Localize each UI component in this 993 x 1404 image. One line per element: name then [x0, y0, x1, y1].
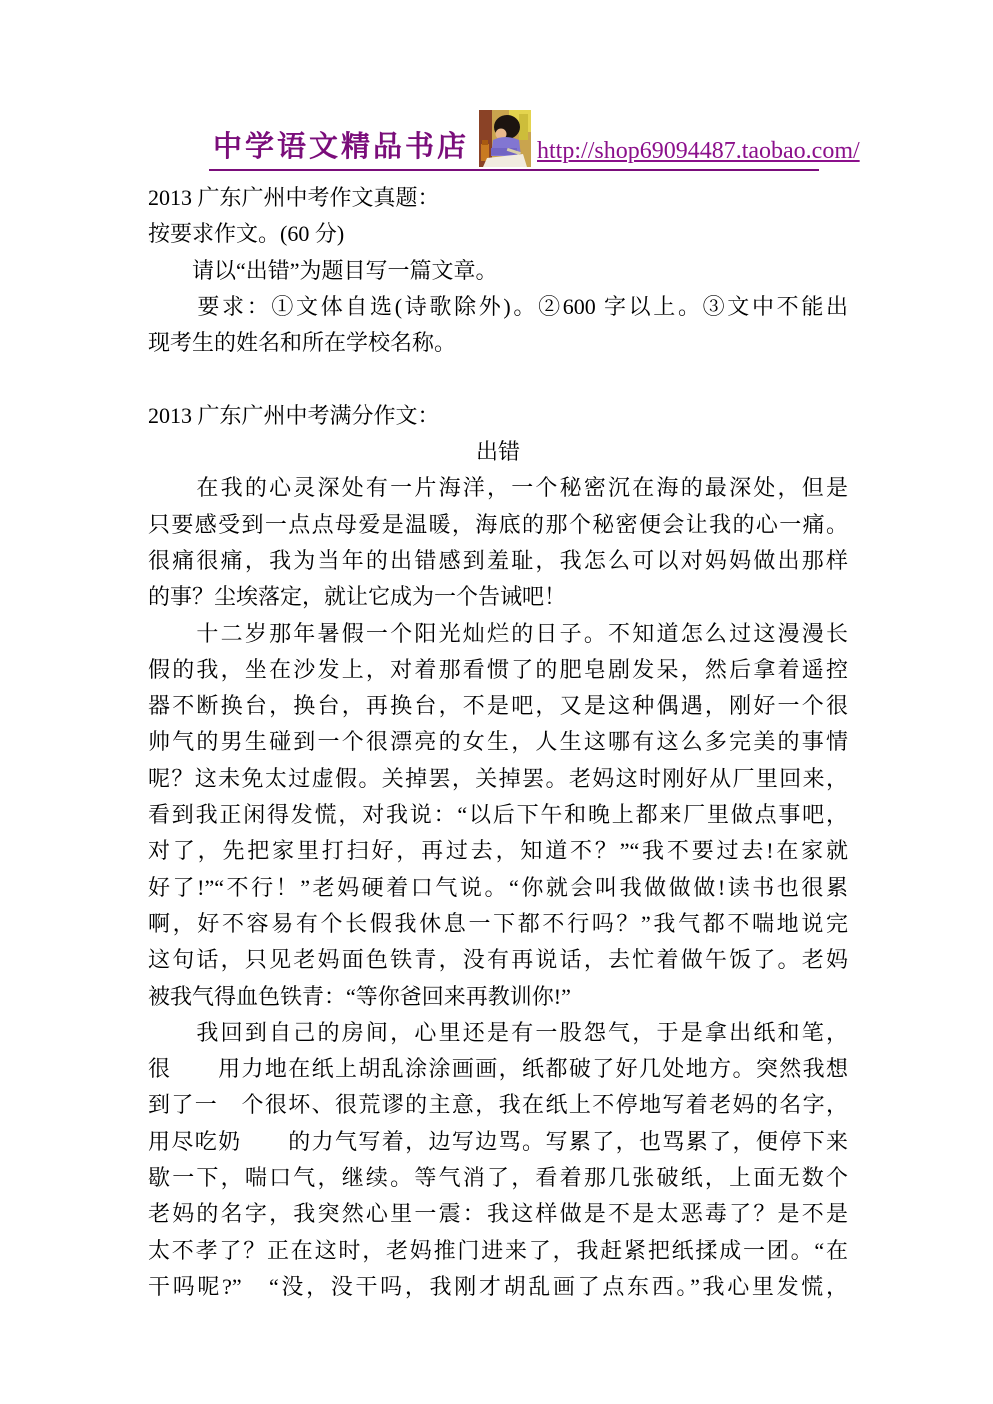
doc-line: 现考生的姓名和所在学校名称。 — [148, 325, 848, 361]
document-page: 中学语文精品书店 http://shop69094487.taobao.com/… — [0, 0, 993, 1404]
doc-line: 被我气得血色铁青：“等你爸回来再教训你!” — [148, 979, 848, 1015]
doc-line: 对了，先把家里打扫好，再过去，知道不？”“我不要过去!在家就 — [148, 833, 848, 869]
essay-title: 出错 — [148, 434, 848, 470]
doc-line: 太不孝了？正在这时，老妈推门进来了，我赶紧把纸揉成一团。“在 — [148, 1233, 848, 1269]
essay-document-body: 2013 广东广州中考作文真题： 按要求作文。(60 分) 请以“出错”为题目写… — [148, 180, 848, 1305]
doc-line: 歇一下，喘口气，继续。等气消了，看着那几张破纸，上面无数个 — [148, 1160, 848, 1196]
doc-line: 很痛很痛，我为当年的出错感到羞耻，我怎么可以对妈妈做出那样 — [148, 543, 848, 579]
doc-line: 按要求作文。(60 分) — [148, 216, 848, 252]
doc-line: 我回到自己的房间，心里还是有一股怨气，于是拿出纸和笔， — [148, 1015, 848, 1051]
shop-header: 中学语文精品书店 http://shop69094487.taobao.com/ — [209, 110, 819, 171]
doc-line: 十二岁那年暑假一个阳光灿烂的日子。不知道怎么过这漫漫长 — [148, 616, 848, 652]
doc-line: 帅气的男生碰到一个很漂亮的女生，人生这哪有这么多完美的事情 — [148, 724, 848, 760]
shop-url-link[interactable]: http://shop69094487.taobao.com/ — [537, 138, 860, 167]
doc-line: 干吗呢?” “没，没干吗，我刚才胡乱画了点东西。”我心里发慌， — [148, 1269, 848, 1305]
question-heading: 2013 广东广州中考作文真题： — [148, 180, 848, 216]
shop-name: 中学语文精品书店 — [209, 131, 473, 167]
doc-line: 看到我正闲得发慌，对我说：“以后下午和晚上都来厂里做点事吧， — [148, 797, 848, 833]
doc-line: 这句话，只见老妈面色铁青，没有再说话，去忙着做午饭了。老妈 — [148, 942, 848, 978]
blank-line — [148, 361, 848, 397]
doc-line: 到了一 个很坏、很荒谬的主意，我在纸上不停地写着老妈的名字， — [148, 1087, 848, 1123]
essay-heading: 2013 广东广州中考满分作文： — [148, 398, 848, 434]
doc-line: 器不断换台，换台，再换台，不是吧，又是这种偶遇，刚好一个很 — [148, 688, 848, 724]
doc-line: 要求：①文体自选(诗歌除外)。②600 字以上。③文中不能出 — [148, 289, 848, 325]
doc-line: 只要感受到一点点母爱是温暖，海底的那个秘密便会让我的心一痛。 — [148, 507, 848, 543]
doc-line: 很 用力地在纸上胡乱涂涂画画，纸都破了好几处地方。突然我想 — [148, 1051, 848, 1087]
doc-line: 老妈的名字，我突然心里一震：我这样做是不是太恶毒了？是不是 — [148, 1196, 848, 1232]
doc-line: 请以“出错”为题目写一篇文章。 — [148, 253, 848, 289]
doc-line: 啊，好不容易有个长假我休息一下都不行吗？”我气都不喘地说完 — [148, 906, 848, 942]
doc-line: 好了!”“不行！”老妈硬着口气说。“你就会叫我做做做!读书也很累 — [148, 870, 848, 906]
doc-line: 的事？尘埃落定，就让它成为一个告诫吧！ — [148, 579, 848, 615]
girl-writing-photo-icon — [479, 110, 531, 167]
doc-line: 假的我，坐在沙发上，对着那看惯了的肥皂剧发呆，然后拿着遥控 — [148, 652, 848, 688]
doc-line: 呢？这未免太过虚假。关掉罢，关掉罢。老妈这时刚好从厂里回来， — [148, 761, 848, 797]
doc-line: 用尽吃奶 的力气写着，边写边骂。写累了，也骂累了，便停下来 — [148, 1124, 848, 1160]
doc-line: 在我的心灵深处有一片海洋，一个秘密沉在海的最深处，但是 — [148, 470, 848, 506]
